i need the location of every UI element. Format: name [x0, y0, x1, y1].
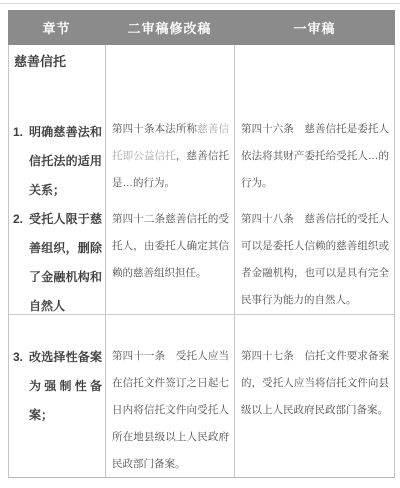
revision-item-list: 3. 改选择性备案为强制性备案；	[13, 343, 102, 430]
item-number: 2.	[13, 205, 29, 314]
revision-item: 2. 受托人限于慈善组织，删除了金融机构和自然人	[13, 205, 102, 314]
item-text: 受托人限于慈善组织，删除了金融机构和自然人	[29, 205, 102, 314]
cell-chapter-summary: 慈善信托 1. 明确慈善法和信托法的适用关系； 2. 受托人限于慈善组织，删除了…	[9, 45, 106, 314]
article-paragraph: 第四十条本法所称慈善信托即公益信托，慈善信托是…的行为。	[112, 116, 229, 197]
section-title: 慈善信托	[13, 45, 102, 69]
header-second-draft: 二审稿修改稿	[105, 18, 234, 37]
item-number: 1.	[13, 118, 29, 205]
page-top-divider	[0, 3, 400, 4]
comparison-table: 章节 二审稿修改稿 一审稿 慈善信托 1. 明确慈善法和信托法的适用关系； 2.…	[8, 10, 395, 478]
table-header: 章节 二审稿修改稿 一审稿	[8, 10, 395, 45]
revision-item: 3. 改选择性备案为强制性备案；	[13, 343, 102, 430]
article-paragraph: 第四十八条 慈善信托的受托人可以是委托人信赖的慈善组织或者金融机构，也可以是具有…	[241, 206, 389, 314]
table-row-filing: 3. 改选择性备案为强制性备案； 第四十一条 受托人应当在信托文件签订之日起七日…	[9, 314, 394, 477]
cell-second-draft: 第四十条本法所称慈善信托即公益信托，慈善信托是…的行为。 第四十二条慈善信托的受…	[106, 45, 235, 314]
article-text: 第四十条本法所称	[112, 123, 197, 135]
item-text: 改选择性备案为强制性备案；	[29, 343, 102, 430]
article-paragraph: 第四十一条 受托人应当在信托文件签订之日起七日内将信托文件向受托人所在地县级以上…	[112, 343, 229, 477]
item-number: 3.	[13, 343, 29, 430]
item-text: 明确慈善法和信托法的适用关系；	[29, 118, 102, 205]
revision-item-list: 1. 明确慈善法和信托法的适用关系； 2. 受托人限于慈善组织，删除了金融机构和…	[13, 118, 102, 314]
article-paragraph: 第四十二条慈善信托的受托人，由委托人确定其信赖的慈善组织担任。	[112, 206, 229, 287]
article-paragraph: 第四十六条 慈善信托是委托人依法将其财产委托给受托人…的行为。	[241, 116, 389, 197]
cell-first-draft: 第四十七条 信托文件要求备案的，受托人应当将信托文件向县级以上人民政府民政部门备…	[235, 315, 394, 477]
cell-first-draft: 第四十六条 慈善信托是委托人依法将其财产委托给受托人…的行为。 第四十八条 慈善…	[235, 45, 394, 314]
revision-item: 1. 明确慈善法和信托法的适用关系；	[13, 118, 102, 205]
article-paragraph: 第四十七条 信托文件要求备案的，受托人应当将信托文件向县级以上人民政府民政部门备…	[241, 343, 389, 424]
header-chapter: 章节	[8, 18, 105, 37]
header-first-draft: 一审稿	[234, 18, 395, 37]
cell-chapter-summary: 3. 改选择性备案为强制性备案；	[9, 315, 106, 477]
cell-second-draft: 第四十一条 受托人应当在信托文件签订之日起七日内将信托文件向受托人所在地县级以上…	[106, 315, 235, 477]
table-row-charitable-trust: 慈善信托 1. 明确慈善法和信托法的适用关系； 2. 受托人限于慈善组织，删除了…	[9, 45, 394, 314]
